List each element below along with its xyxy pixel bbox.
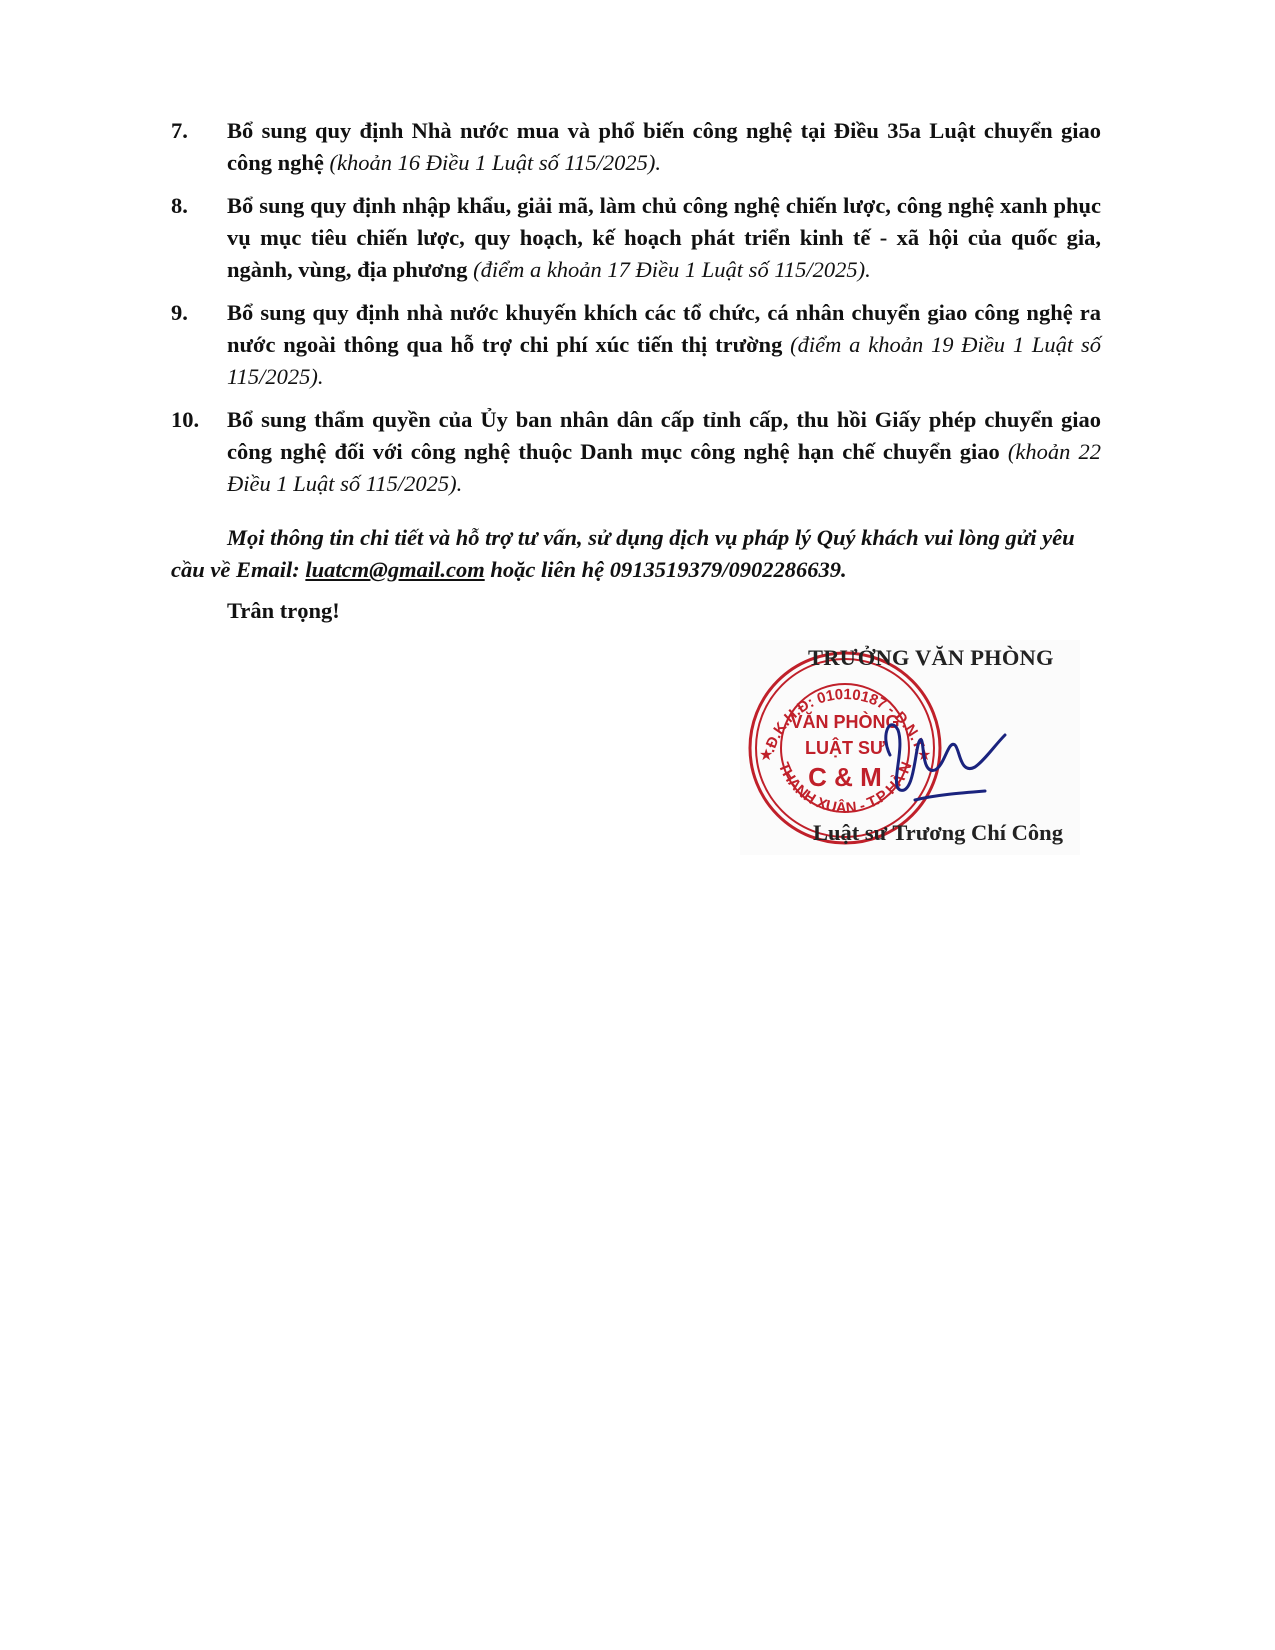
signer-name: Luật sư Trương Chí Công <box>813 820 1063 846</box>
list-item: 7. Bổ sung quy định Nhà nước mua và phổ … <box>171 115 1101 179</box>
svg-text:★: ★ <box>759 745 773 764</box>
list-item: 9. Bổ sung quy định nhà nước khuyến khíc… <box>171 297 1101 393</box>
signature-title: TRƯỞNG VĂN PHÒNG <box>808 645 1054 671</box>
item-body: Bổ sung quy định Nhà nước mua và phổ biế… <box>227 115 1101 179</box>
item-reference: (điểm a khoản 17 Điều 1 Luật số 115/2025… <box>473 257 871 282</box>
item-body: Bổ sung thẩm quyền của Ủy ban nhân dân c… <box>227 404 1101 500</box>
item-number: 7. <box>171 115 221 147</box>
document-page: 7. Bổ sung quy định Nhà nước mua và phổ … <box>0 0 1275 1650</box>
email-link[interactable]: luatcm@gmail.com <box>305 557 484 582</box>
item-body: Bổ sung quy định nhập khẩu, giải mã, làm… <box>227 190 1101 286</box>
contact-tail: hoặc liên hệ 0913519379/0902286639. <box>485 557 847 582</box>
closing-text: Trân trọng! <box>227 598 340 624</box>
list-item: 10. Bổ sung thẩm quyền của Ủy ban nhân d… <box>171 404 1101 500</box>
handwritten-signature-icon <box>860 705 1020 815</box>
item-number: 10. <box>171 404 221 436</box>
item-reference: (khoản 16 Điều 1 Luật số 115/2025). <box>330 150 661 175</box>
item-body: Bổ sung quy định nhà nước khuyến khích c… <box>227 297 1101 393</box>
item-number: 8. <box>171 190 221 222</box>
item-number: 9. <box>171 297 221 329</box>
item-text: Bổ sung thẩm quyền của Ủy ban nhân dân c… <box>227 407 1101 464</box>
list-item: 8. Bổ sung quy định nhập khẩu, giải mã, … <box>171 190 1101 286</box>
contact-paragraph: Mọi thông tin chi tiết và hỗ trợ tư vấn,… <box>171 522 1101 586</box>
